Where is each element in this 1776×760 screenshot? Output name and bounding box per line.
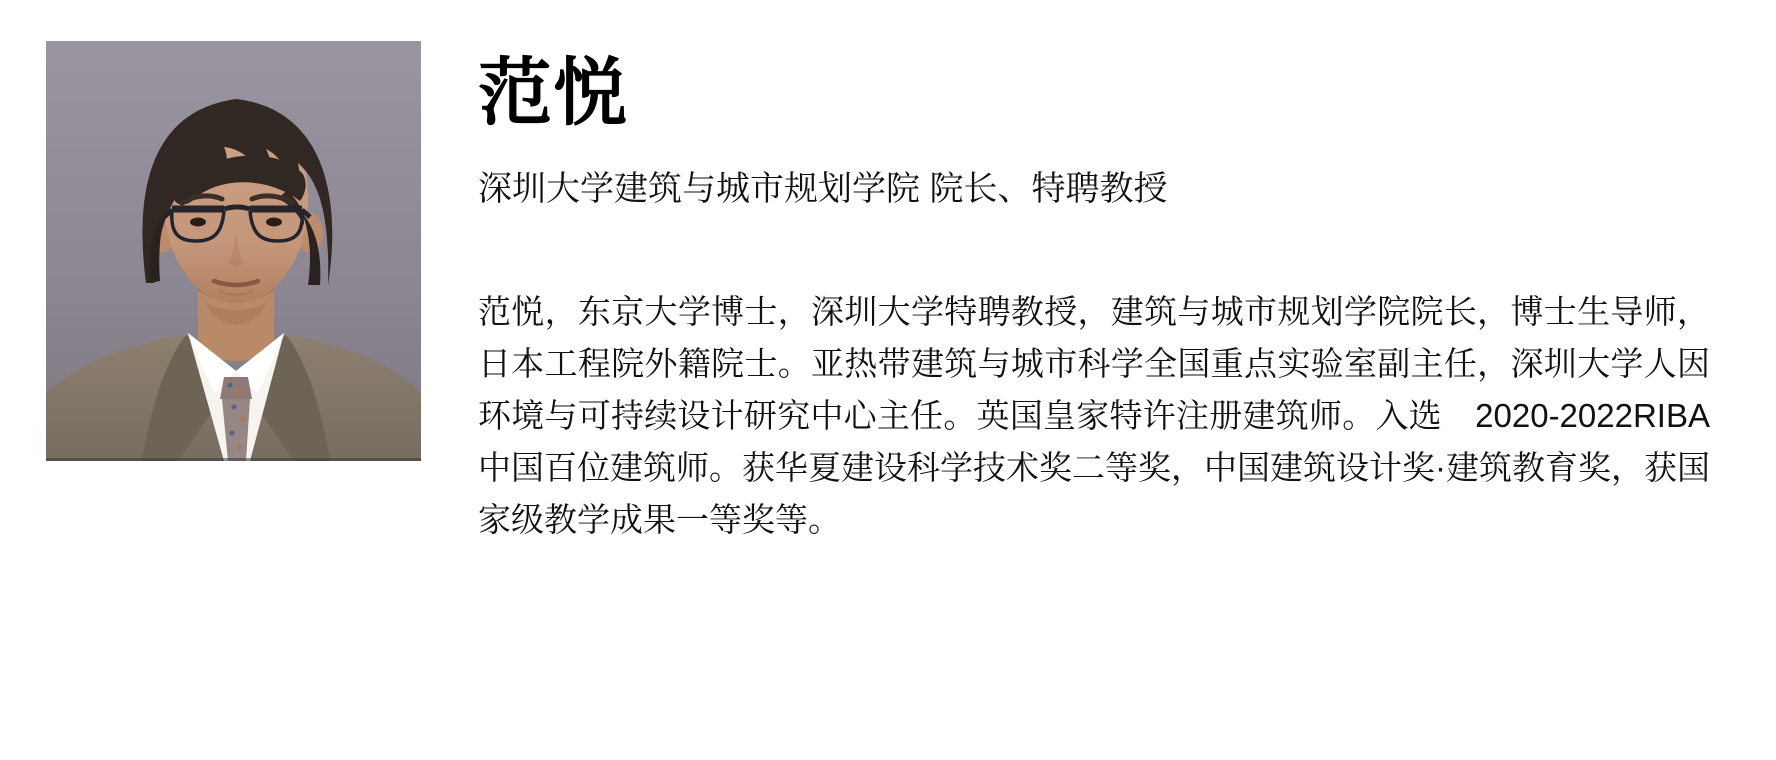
profile-photo bbox=[46, 41, 421, 461]
profile-name: 范悦 bbox=[478, 50, 628, 135]
profile-page: 范悦 深圳大学建筑与城市规划学院 院长、特聘教授 范悦，东京大学博士，深圳大学特… bbox=[0, 0, 1776, 760]
portrait-image bbox=[46, 41, 421, 461]
profile-title: 深圳大学建筑与城市规划学院 院长、特聘教授 bbox=[478, 169, 1167, 210]
profile-bio: 范悦，东京大学博士，深圳大学特聘教授，建筑与城市规划学院院长，博士生导师，日本工… bbox=[478, 286, 1710, 546]
